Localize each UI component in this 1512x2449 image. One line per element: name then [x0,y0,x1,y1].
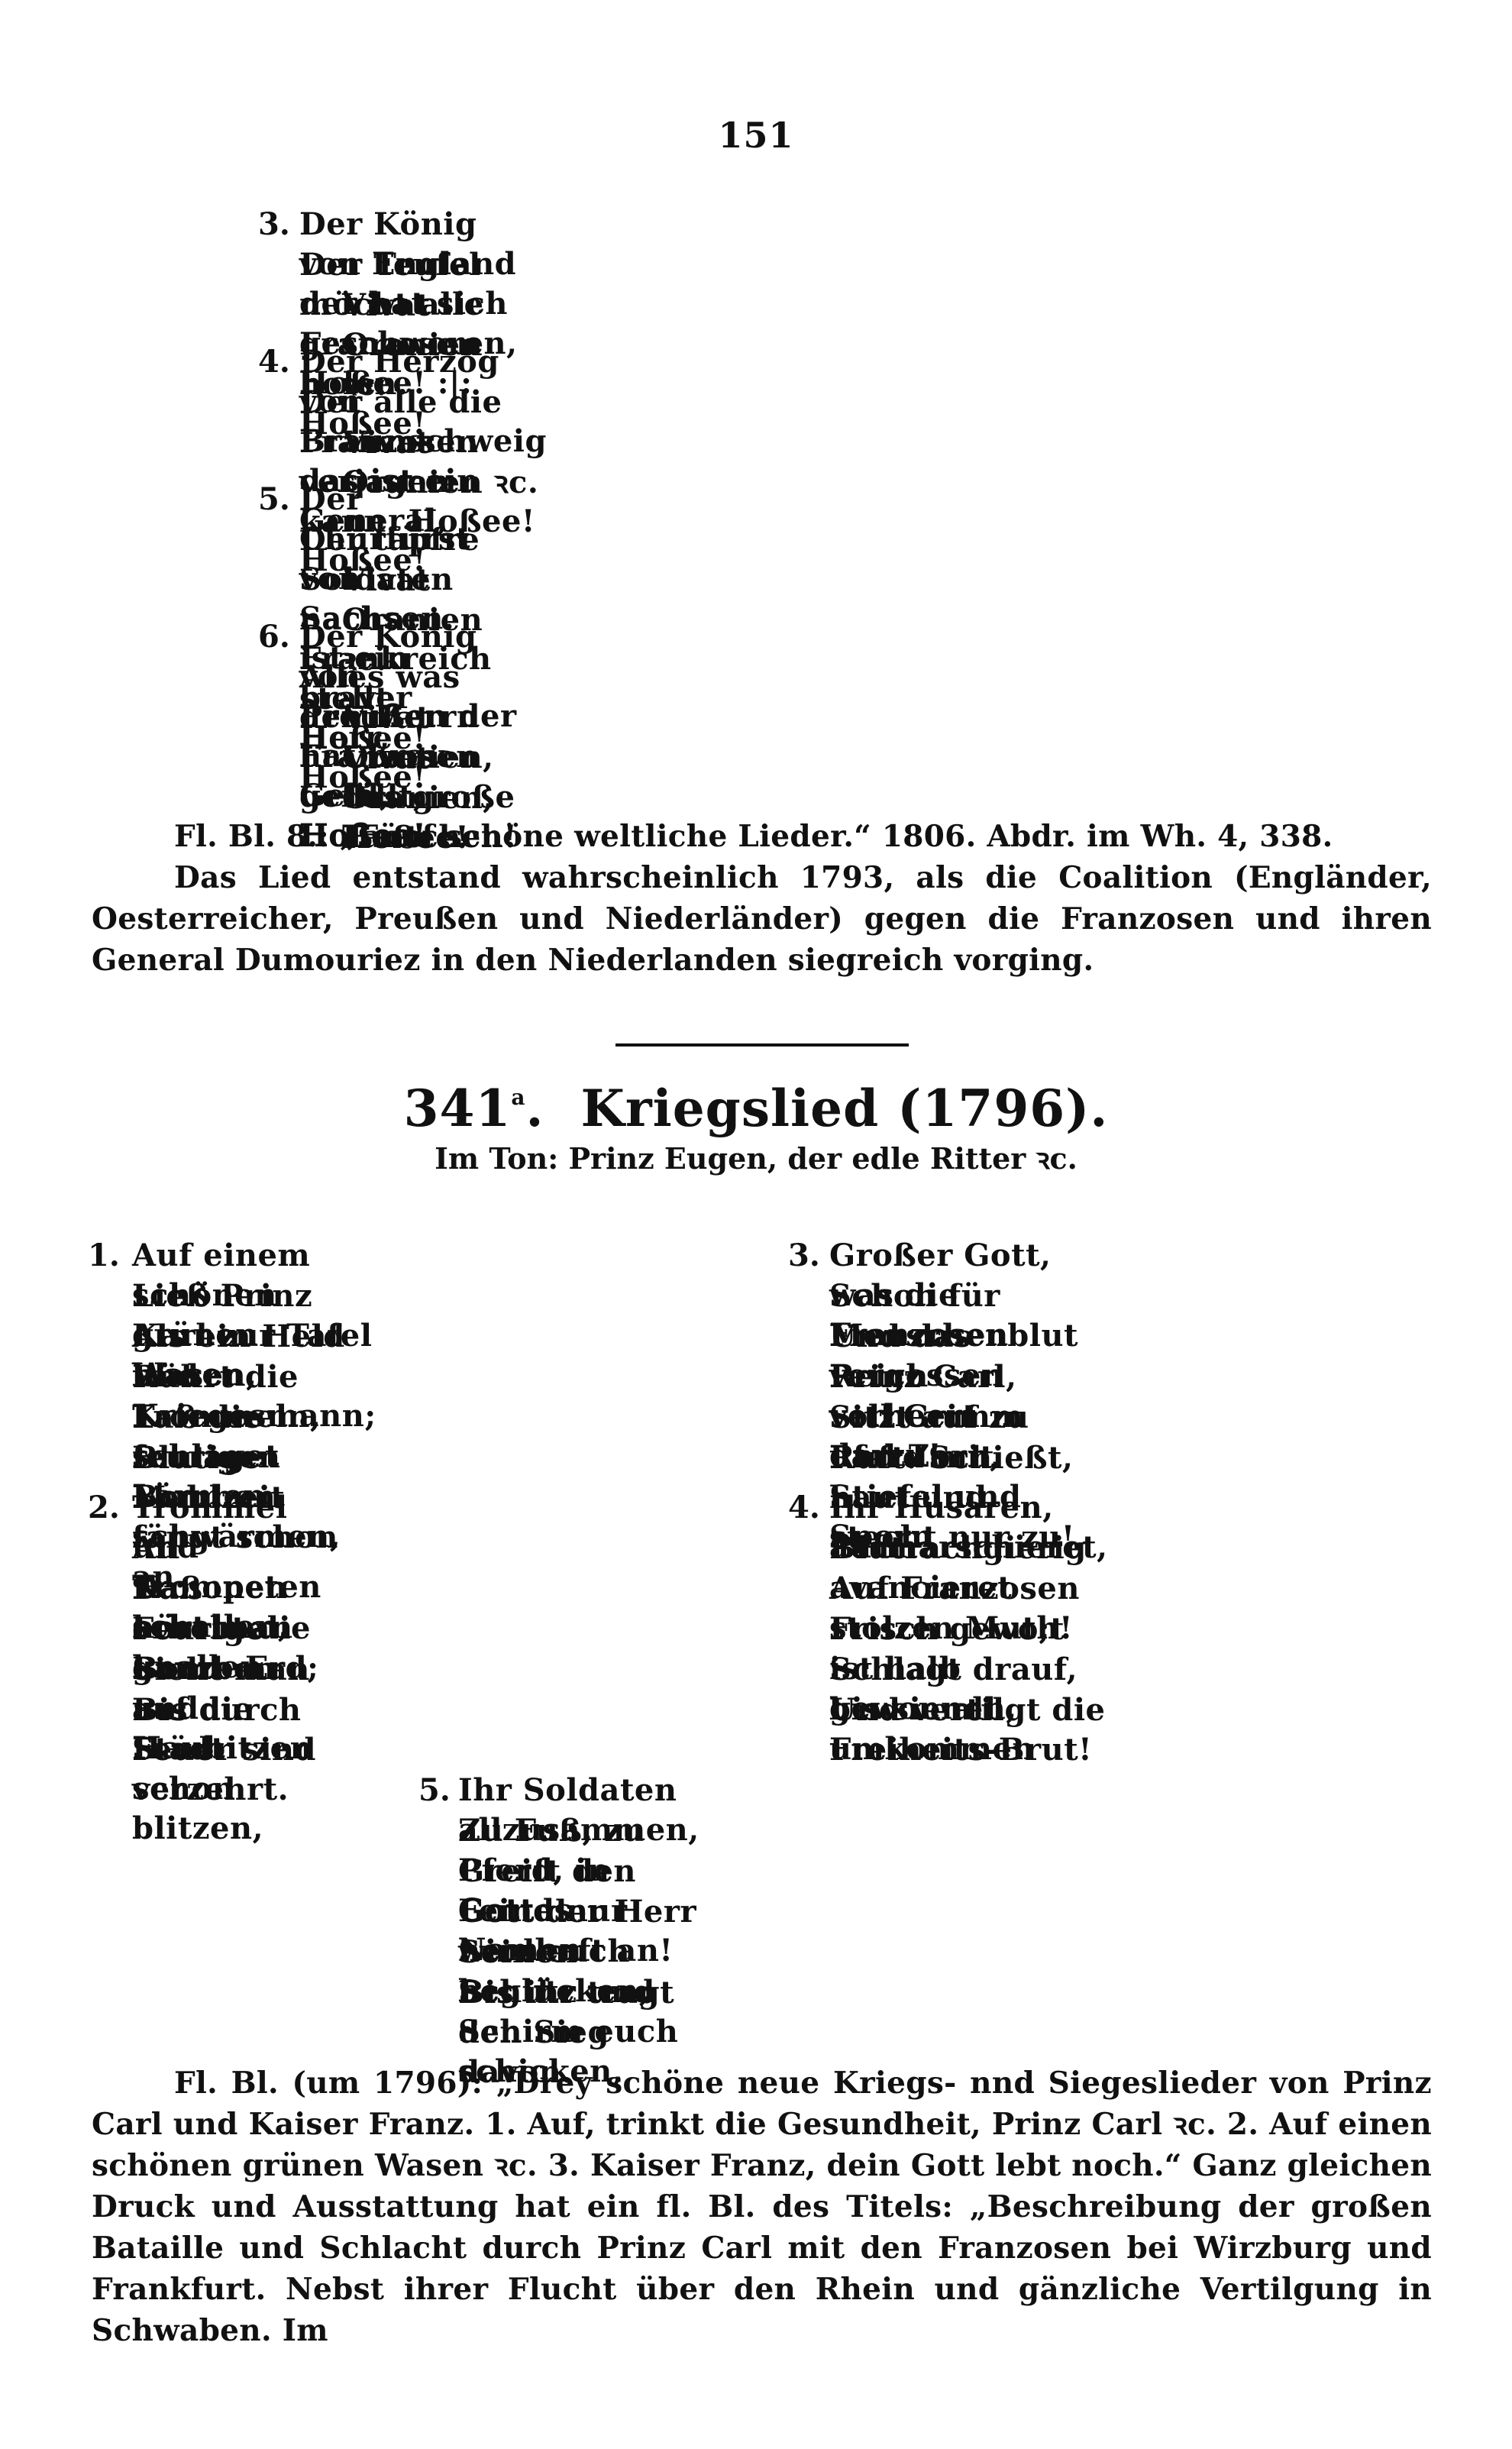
verse-line: Bis durch Feuer sind verzehrt. [132,1690,321,1731]
stanza-number: 5. [418,1771,451,1810]
verse-line: Gott der Herr wird euch beglücken, [458,1892,699,1933]
verse-line: Schlagt drauf, bis sie all umkommen [829,1650,1108,1690]
stanza-number: 3. [788,1236,820,1276]
verse-line: All' Kanonen hört man knallen [132,1529,321,1569]
stanza-number: 2. [88,1488,120,1528]
verse-line: Und vertilgt die Freiheits-Brut! [829,1690,1108,1731]
song-tune: Im Ton: Prinz Eugen, der edle Ritter ꝛc. [0,1138,1512,1178]
song-number-suffix: a [511,1085,525,1110]
prev-song-note: Fl. Bl. 8.: „Fünf schöne weltliche Liede… [92,816,1432,981]
verse-line: Der König von England der hat sich gesch… [299,205,518,245]
verse-line: Bis ihr tragt den Sieg davon. [458,1973,699,2014]
song-note: Fl. Bl. (um 1796): „Drey schöne neue Kri… [92,2062,1432,2351]
note-paragraph: Das Lied entstand wahrscheinlich 1793, a… [92,860,1432,978]
verse-line: Der Churfürst von Sachsen ist ein braver… [299,480,492,520]
verse-line: Ihr Husaren, aufmarschieret, [829,1488,1108,1529]
verse-line: Der König von Preußen der hat brav Geld,… [299,617,517,658]
source-citation: Fl. Bl. 8.: „Fünf schöne weltliche Liede… [174,819,1333,854]
stanza-number: 4. [788,1488,820,1528]
verse-line: Großer Gott, was die Franzosen [829,1236,1078,1276]
verse-line: Der tapfre Soldaten nach Frankreich stel… [299,520,492,561]
verse-line: Trommel und Trompeten schallen, [132,1488,321,1529]
stanza-number: 6. [258,617,290,657]
verse-line: Ließ Prinz Karl zur Tafel blasen, [132,1276,376,1317]
verse-line: Ruft: Schießt, haut und stecht nur zu! [829,1438,1078,1479]
verse-line: Blutrachgierig avancieret [829,1529,1108,1569]
song-title: 341a. Kriegslied (1796). [0,1079,1512,1138]
stanza-number: 4. [258,342,290,382]
verse-line: Der alle die Franzosen verjagen kann. Ho… [299,383,547,423]
stanza-number: 3. [258,205,290,244]
stanza-number: 1. [88,1236,120,1276]
verse-line: Alles was den Herrn Franzosen gefällt, H… [299,658,517,698]
verse-line: Ihr Soldaten allzusammen, [458,1771,699,1811]
verse-line: Als ein Held und Kriegesmann; [132,1317,376,1357]
note-paragraph: Fl. Bl. (um 1796): „Drey schöne neue Kri… [92,2066,1432,2348]
verse-line: Greift den Feind nur herzhaft an! [458,1852,699,1892]
song-title-text: Kriegslied (1796). [580,1079,1108,1138]
stanza-number: 5. [258,480,290,519]
verse-line: Schon für Menschenblut vergossen [829,1276,1078,1317]
song-number: 341 [404,1079,512,1138]
page-number: 151 [0,115,1512,156]
verse-line: Prinz Carl, voll Grimm und Zorn, [829,1357,1078,1398]
verse-line: Rührt die Trommeln, schlaget Lärmen [132,1357,376,1398]
book-page: 151 3. Der König von England der hat sic… [0,0,1512,2449]
verse-line: Auf Franzosen stolzen Muth! [829,1569,1108,1609]
verse-line: Sitzt auf zu Pferd mit Stiefel und Sporn [829,1398,1078,1438]
verse-line: Blutige Mahlzeit fängt schon an. [132,1438,376,1479]
verse-line: Auf einem schönen grünen Wasen [132,1236,376,1276]
section-divider [615,1043,909,1047]
verse-line: Der Herzog von Braunschweig das ist ein … [299,342,547,383]
verse-line: Sieht man auf die Städt schon blitzen, [132,1650,321,1690]
